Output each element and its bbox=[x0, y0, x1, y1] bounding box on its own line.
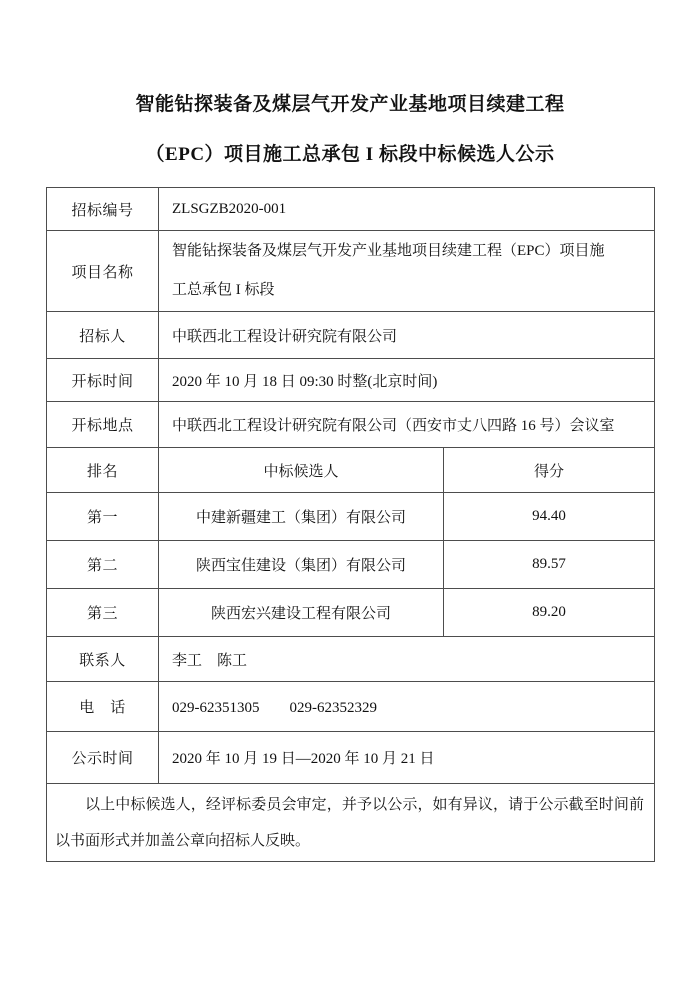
table-row-contact: 联系人 李工 陈工 bbox=[47, 637, 655, 682]
candidate-row-2: 第二 陕西宝佳建设（集团）有限公司 89.57 bbox=[47, 541, 655, 589]
candidate-1-score: 94.40 bbox=[444, 493, 655, 541]
contact-label: 联系人 bbox=[47, 637, 159, 682]
footer-note: 以上中标候选人，经评标委员会审定，并予以公示，如有异议，请于公示截至时间前以书面… bbox=[47, 784, 655, 862]
bid-announcement-table: 招标编号 ZLSGZB2020-001 项目名称 智能钻探装备及煤层气开发产业基… bbox=[46, 187, 655, 862]
table-row-opening-time: 开标时间 2020 年 10 月 18 日 09:30 时整(北京时间) bbox=[47, 359, 655, 402]
opening-time-value: 2020 年 10 月 18 日 09:30 时整(北京时间) bbox=[159, 359, 655, 402]
opening-place-label: 开标地点 bbox=[47, 402, 159, 448]
candidate-header: 中标候选人 bbox=[159, 448, 444, 493]
table-row-publicity-period: 公示时间 2020 年 10 月 19 日—2020 年 10 月 21 日 bbox=[47, 732, 655, 784]
candidate-2-rank: 第二 bbox=[47, 541, 159, 589]
title-line-2: （EPC）项目施工总承包 I 标段中标候选人公示 bbox=[0, 130, 700, 180]
opening-place-value: 中联西北工程设计研究院有限公司（西安市丈八四路 16 号）会议室 bbox=[159, 402, 655, 448]
title-line-1: 智能钻探装备及煤层气开发产业基地项目续建工程 bbox=[0, 80, 700, 130]
candidate-row-3: 第三 陕西宏兴建设工程有限公司 89.20 bbox=[47, 589, 655, 637]
candidate-3-rank: 第三 bbox=[47, 589, 159, 637]
candidate-3-score: 89.20 bbox=[444, 589, 655, 637]
score-header: 得分 bbox=[444, 448, 655, 493]
contact-value: 李工 陈工 bbox=[159, 637, 655, 682]
tenderer-value: 中联西北工程设计研究院有限公司 bbox=[159, 312, 655, 359]
project-name-value: 智能钻探装备及煤层气开发产业基地项目续建工程（EPC）项目施工总承包 I 标段 bbox=[159, 231, 655, 312]
document-page: 智能钻探装备及煤层气开发产业基地项目续建工程 （EPC）项目施工总承包 I 标段… bbox=[0, 0, 700, 989]
phone-value: 029-62351305 029-62352329 bbox=[159, 682, 655, 732]
bid-number-value: ZLSGZB2020-001 bbox=[159, 188, 655, 231]
table-row-phone: 电 话 029-62351305 029-62352329 bbox=[47, 682, 655, 732]
candidate-2-name: 陕西宝佳建设（集团）有限公司 bbox=[159, 541, 444, 589]
phone-label: 电 话 bbox=[47, 682, 159, 732]
table-row-project-name: 项目名称 智能钻探装备及煤层气开发产业基地项目续建工程（EPC）项目施工总承包 … bbox=[47, 231, 655, 312]
publicity-period-value: 2020 年 10 月 19 日—2020 年 10 月 21 日 bbox=[159, 732, 655, 784]
candidates-header-row: 排名 中标候选人 得分 bbox=[47, 448, 655, 493]
rank-header: 排名 bbox=[47, 448, 159, 493]
tenderer-label: 招标人 bbox=[47, 312, 159, 359]
bid-number-label: 招标编号 bbox=[47, 188, 159, 231]
candidate-row-1: 第一 中建新疆建工（集团）有限公司 94.40 bbox=[47, 493, 655, 541]
page-title: 智能钻探装备及煤层气开发产业基地项目续建工程 （EPC）项目施工总承包 I 标段… bbox=[0, 0, 700, 180]
candidate-1-name: 中建新疆建工（集团）有限公司 bbox=[159, 493, 444, 541]
candidate-2-score: 89.57 bbox=[444, 541, 655, 589]
table-row-tenderer: 招标人 中联西北工程设计研究院有限公司 bbox=[47, 312, 655, 359]
opening-time-label: 开标时间 bbox=[47, 359, 159, 402]
publicity-period-label: 公示时间 bbox=[47, 732, 159, 784]
project-name-label: 项目名称 bbox=[47, 231, 159, 312]
table-row-bid-number: 招标编号 ZLSGZB2020-001 bbox=[47, 188, 655, 231]
candidate-1-rank: 第一 bbox=[47, 493, 159, 541]
footer-note-row: 以上中标候选人，经评标委员会审定，并予以公示，如有异议，请于公示截至时间前以书面… bbox=[47, 784, 655, 862]
table-row-opening-place: 开标地点 中联西北工程设计研究院有限公司（西安市丈八四路 16 号）会议室 bbox=[47, 402, 655, 448]
candidate-3-name: 陕西宏兴建设工程有限公司 bbox=[159, 589, 444, 637]
